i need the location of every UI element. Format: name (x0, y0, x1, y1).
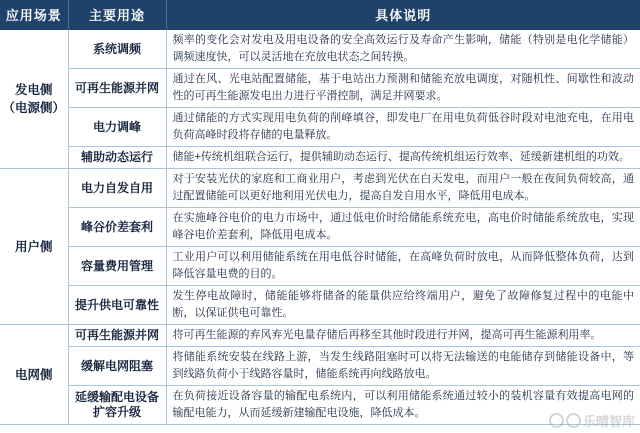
use-cell: 电力自发自用 (68, 169, 166, 208)
storage-application-table-page: 应用场景 主要用途 具体说明 发电侧 （电源侧） 系统调频 频率的变化会对发电及… (0, 0, 640, 433)
desc-cell: 通过储能的方式实现用电负荷的削峰填谷，即发电厂在用电负荷低谷时段对电池充电，在用… (166, 108, 640, 147)
use-cell: 缓解电网阻塞 (68, 347, 166, 386)
header-row: 应用场景 主要用途 具体说明 (0, 0, 640, 30)
group-cell-generation-side: 发电侧 （电源侧） (0, 30, 68, 169)
desc-cell: 将可再生能源的弃风弃光电量存储后再移至其他时段进行并网，提高可再生能源利用率。 (166, 325, 640, 347)
col-header-description: 具体说明 (166, 0, 640, 30)
table-row: 延缓输配电设备扩容升级 在负荷接近设备容量的输配电系统内，可以利用储能系统通过较… (0, 386, 640, 425)
table-row: 辅助动态运行 储能+传统机组联合运行，提供辅助动态运行、提高传统机组运行效率、延… (0, 147, 640, 169)
use-cell: 容量费用管理 (68, 247, 166, 286)
use-cell: 提升供电可靠性 (68, 286, 166, 325)
table-row: 电力调峰 通过储能的方式实现用电负荷的削峰填谷，即发电厂在用电负荷低谷时段对电池… (0, 108, 640, 147)
table-row: 用户侧 电力自发自用 对于安装光伏的家庭和工商业用户，考虑到光伏在白天发电，而用… (0, 169, 640, 208)
storage-applications-table: 应用场景 主要用途 具体说明 发电侧 （电源侧） 系统调频 频率的变化会对发电及… (0, 0, 640, 425)
desc-cell: 频率的变化会对发电及用电设备的安全高效运行及寿命产生影响，储能（特别是电化学储能… (166, 30, 640, 69)
group-cell-user-side: 用户侧 (0, 169, 68, 325)
table-row: 缓解电网阻塞 将储能系统安装在线路上游，当发生线路阻塞时可以将无法输送的电能储存… (0, 347, 640, 386)
desc-cell: 对于安装光伏的家庭和工商业用户，考虑到光伏在白天发电，而用户一般在夜间负荷较高，… (166, 169, 640, 208)
use-cell: 可再生能源并网 (68, 325, 166, 347)
use-cell: 峰谷价差套利 (68, 208, 166, 247)
col-header-application-scenario: 应用场景 (0, 0, 68, 30)
group-cell-grid-side: 电网侧 (0, 325, 68, 425)
desc-cell: 工业用户可以利用储能系统在用电低谷时储能，在高峰负荷时放电，从而降低整体负荷，达… (166, 247, 640, 286)
table-row: 电网侧 可再生能源并网 将可再生能源的弃风弃光电量存储后再移至其他时段进行并网，… (0, 325, 640, 347)
desc-cell: 将储能系统安装在线路上游，当发生线路阻塞时可以将无法输送的电能储存到储能设备中，… (166, 347, 640, 386)
table-row: 容量费用管理 工业用户可以利用储能系统在用电低谷时储能，在高峰负荷时放电，从而降… (0, 247, 640, 286)
table-row: 发电侧 （电源侧） 系统调频 频率的变化会对发电及用电设备的安全高效运行及寿命产… (0, 30, 640, 69)
use-cell: 延缓输配电设备扩容升级 (68, 386, 166, 425)
desc-cell: 通过在风、光电站配置储能，基于电站出力预测和储能充放电调度，对随机性、间歇性和波… (166, 69, 640, 108)
desc-cell: 在负荷接近设备容量的输配电系统内，可以利用储能系统通过较小的装机容量有效提高电网… (166, 386, 640, 425)
desc-cell: 发生停电故障时，储能能够将储备的能量供应给终端用户，避免了故障修复过程中的电能中… (166, 286, 640, 325)
desc-cell: 在实施峰谷电价的电力市场中，通过低电价时给储能系统充电，高电价时储能系统放电，实… (166, 208, 640, 247)
table-row: 提升供电可靠性 发生停电故障时，储能能够将储备的能量供应给终端用户，避免了故障修… (0, 286, 640, 325)
use-cell: 可再生能源并网 (68, 69, 166, 108)
table-row: 峰谷价差套利 在实施峰谷电价的电力市场中，通过低电价时给储能系统充电，高电价时储… (0, 208, 640, 247)
col-header-main-use: 主要用途 (68, 0, 166, 30)
desc-cell: 储能+传统机组联合运行，提供辅助动态运行、提高传统机组运行效率、延缓新建机组的功… (166, 147, 640, 169)
use-cell: 系统调频 (68, 30, 166, 69)
use-cell: 辅助动态运行 (68, 147, 166, 169)
table-row: 可再生能源并网 通过在风、光电站配置储能，基于电站出力预测和储能充放电调度，对随… (0, 69, 640, 108)
use-cell: 电力调峰 (68, 108, 166, 147)
